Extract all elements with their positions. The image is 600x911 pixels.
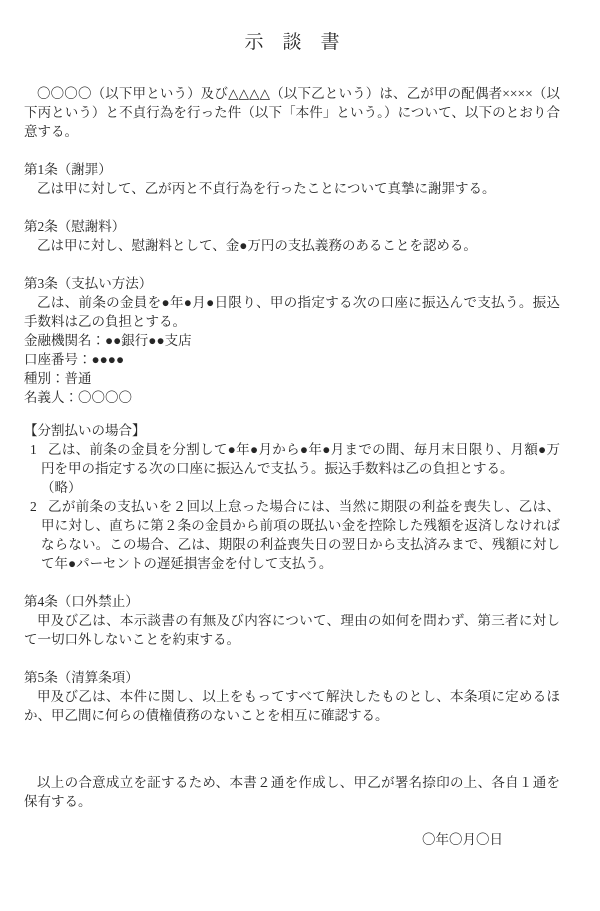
date-line: 〇年〇月〇日	[24, 830, 560, 849]
document-title: 示 談 書	[24, 30, 560, 56]
installment-item-2: 2乙が前条の支払いを２回以上怠った場合には、当然に期限の利益を喪失し、乙は、甲に…	[24, 497, 560, 573]
article-1-heading: 第1条（謝罪）	[24, 160, 560, 179]
article-2: 第2条（慰謝料） 乙は甲に対し、慰謝料として、金●万円の支払義務のあることを認め…	[24, 217, 560, 255]
installment-item-1: 1乙は、前条の金員を分割して●年●月から●年●月までの間、毎月末日限り、月額●万…	[24, 440, 560, 478]
settlement-agreement-document: 示 談 書 〇〇〇〇（以下甲という）及び△△△△（以下乙という）は、乙が甲の配偶…	[0, 0, 600, 911]
installment-item-2-number: 2	[30, 497, 37, 516]
article-1-text: 乙は甲に対して、乙が丙と不貞行為を行ったことについて真摯に謝罪する。	[24, 179, 560, 198]
intro-paragraph: 〇〇〇〇（以下甲という）及び△△△△（以下乙という）は、乙が甲の配偶者××××（…	[24, 84, 560, 141]
article-4-text: 甲及び乙は、本示談書の有無及び内容について、理由の如何を問わず、第三者に対して一…	[24, 611, 560, 649]
installment-heading: 【分割払いの場合】	[24, 421, 560, 440]
article-5: 第5条（清算条項） 甲及び乙は、本件に関し、以上をもってすべて解決したものとし、…	[24, 668, 560, 725]
article-5-heading: 第5条（清算条項）	[24, 668, 560, 687]
installment-item-1-note: （略）	[24, 478, 560, 497]
article-3: 第3条（支払い方法） 乙は、前条の金員を●年●月●日限り、甲の指定する次の口座に…	[24, 274, 560, 407]
bank-account-type-line: 種別：普通	[24, 369, 560, 388]
article-3-text: 乙は、前条の金員を●年●月●日限り、甲の指定する次の口座に振込んで支払う。振込手…	[24, 293, 560, 331]
article-3-heading: 第3条（支払い方法）	[24, 274, 560, 293]
article-4-heading: 第4条（口外禁止）	[24, 592, 560, 611]
article-4: 第4条（口外禁止） 甲及び乙は、本示談書の有無及び内容について、理由の如何を問わ…	[24, 592, 560, 649]
article-5-text: 甲及び乙は、本件に関し、以上をもってすべて解決したものとし、本条項に定めるほか、…	[24, 687, 560, 725]
article-2-heading: 第2条（慰謝料）	[24, 217, 560, 236]
installment-item-1-text: 乙は、前条の金員を分割して●年●月から●年●月までの間、毎月末日限り、月額●万円…	[41, 442, 560, 476]
bank-account-number-line: 口座番号：●●●●	[24, 350, 560, 369]
article-2-text: 乙は甲に対し、慰謝料として、金●万円の支払義務のあることを認める。	[24, 236, 560, 255]
bank-account-holder-line: 名義人：〇〇〇〇	[24, 388, 560, 407]
installment-item-1-number: 1	[30, 440, 37, 459]
installment-item-2-text: 乙が前条の支払いを２回以上怠った場合には、当然に期限の利益を喪失し、乙は、甲に対…	[41, 499, 560, 571]
bank-institution-line: 金融機関名：●●銀行●●支店	[24, 331, 560, 350]
article-1: 第1条（謝罪） 乙は甲に対して、乙が丙と不貞行為を行ったことについて真摯に謝罪す…	[24, 160, 560, 198]
closing-paragraph: 以上の合意成立を証するため、本書２通を作成し、甲乙が署名捺印の上、各自１通を保有…	[24, 773, 560, 811]
installment-section: 【分割払いの場合】 1乙は、前条の金員を分割して●年●月から●年●月までの間、毎…	[24, 421, 560, 573]
